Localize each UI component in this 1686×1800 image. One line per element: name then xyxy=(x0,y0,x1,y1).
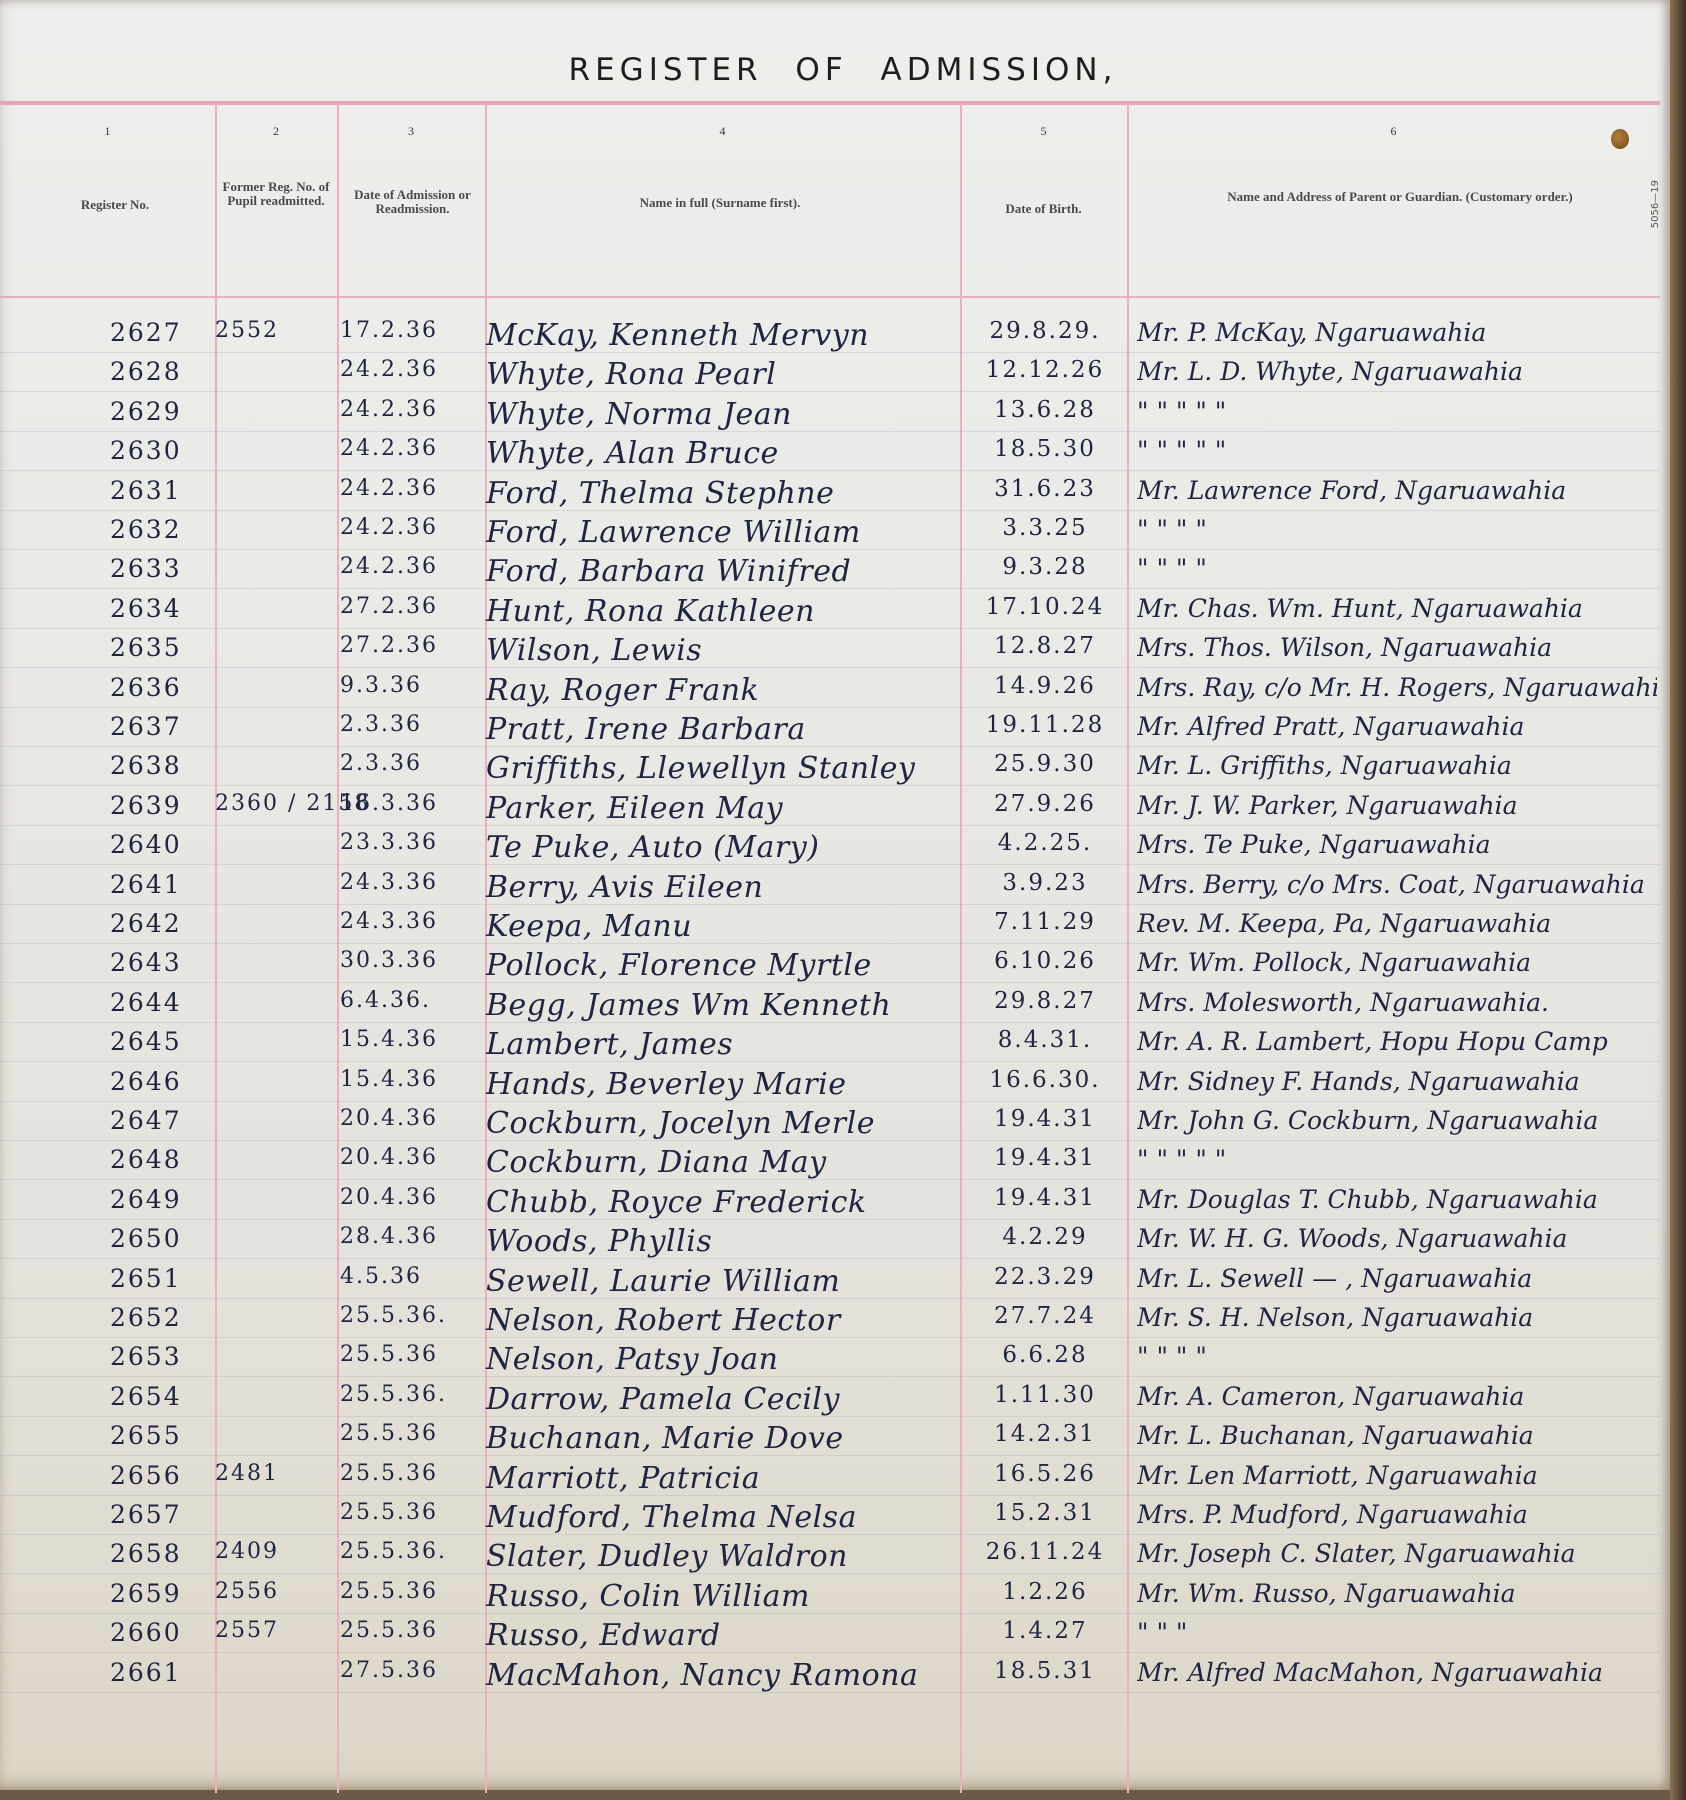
date-of-birth: 8.4.31. xyxy=(965,1027,1125,1053)
date-of-birth: 26.11.24 xyxy=(965,1539,1125,1565)
date-of-birth: 19.4.31 xyxy=(965,1185,1125,1211)
admission-date: 17.2.36 xyxy=(340,318,485,343)
date-of-birth: 13.6.28 xyxy=(965,397,1125,423)
pupil-name: Chubb, Royce Frederick xyxy=(486,1185,962,1220)
table-row: 2658240925.5.36.Slater, Dudley Waldron26… xyxy=(0,1539,1670,1579)
parent-guardian: Mr. L. Buchanan, Ngaruawahia xyxy=(1137,1421,1657,1450)
header-top-rule xyxy=(0,101,1660,105)
pupil-name: MacMahon, Nancy Ramona xyxy=(486,1658,962,1693)
admission-date: 24.2.36 xyxy=(340,397,485,422)
register-number: 2629 xyxy=(110,397,210,426)
admission-date: 24.2.36 xyxy=(340,436,485,461)
parent-guardian: " " " " " xyxy=(1137,436,1657,465)
parent-guardian: Mr. P. McKay, Ngaruawahia xyxy=(1137,318,1657,347)
former-register-number: 2557 xyxy=(215,1618,333,1643)
table-row: 263324.2.36Ford, Barbara Winifred9.3.28"… xyxy=(0,554,1670,594)
admission-date: 2.3.36 xyxy=(340,751,485,776)
pupil-name: Hands, Beverley Marie xyxy=(486,1067,962,1102)
pupil-name: Lambert, James xyxy=(486,1027,962,1062)
table-row: 264023.3.36Te Puke, Auto (Mary)4.2.25.Mr… xyxy=(0,830,1670,870)
pupil-name: Nelson, Robert Hector xyxy=(486,1303,962,1338)
register-number: 2631 xyxy=(110,476,210,505)
column-header-admission-date: Date of Admission or Readmission. xyxy=(350,188,475,216)
register-number: 2640 xyxy=(110,830,210,859)
pupil-name: Te Puke, Auto (Mary) xyxy=(486,830,962,865)
date-of-birth: 19.11.28 xyxy=(965,712,1125,738)
register-number: 2651 xyxy=(110,1264,210,1293)
table-row: 265028.4.36Woods, Phyllis4.2.29Mr. W. H.… xyxy=(0,1224,1670,1264)
table-row: 263024.2.36Whyte, Alan Bruce18.5.30" " "… xyxy=(0,436,1670,476)
column-header-former-reg-no: Former Reg. No. of Pupil readmitted. xyxy=(220,180,332,208)
date-of-birth: 1.11.30 xyxy=(965,1382,1125,1408)
date-of-birth: 18.5.31 xyxy=(965,1658,1125,1684)
parent-guardian: Mrs. Berry, c/o Mrs. Coat, Ngaruawahia xyxy=(1137,870,1657,899)
table-row: 265725.5.36Mudford, Thelma Nelsa15.2.31M… xyxy=(0,1500,1670,1540)
parent-guardian: " " " " " xyxy=(1137,397,1657,426)
pupil-name: Slater, Dudley Waldron xyxy=(486,1539,962,1574)
table-row: 262924.2.36Whyte, Norma Jean13.6.28" " "… xyxy=(0,397,1670,437)
pupil-name: Berry, Avis Eileen xyxy=(486,870,962,905)
admission-date: 25.5.36 xyxy=(340,1461,485,1486)
table-row: 265225.5.36.Nelson, Robert Hector27.7.24… xyxy=(0,1303,1670,1343)
table-row: 264720.4.36Cockburn, Jocelyn Merle19.4.3… xyxy=(0,1106,1670,1146)
register-number: 2654 xyxy=(110,1382,210,1411)
pupil-name: Russo, Edward xyxy=(486,1618,962,1653)
admission-date: 20.4.36 xyxy=(340,1185,485,1210)
print-code: 5056—19 xyxy=(1650,180,1661,228)
parent-guardian: Rev. M. Keepa, Pa, Ngaruawahia xyxy=(1137,909,1657,938)
pupil-name: Begg, James Wm Kenneth xyxy=(486,988,962,1023)
header-bottom-rule xyxy=(0,296,1660,298)
column-header-name: Name in full (Surname first). xyxy=(600,196,840,210)
table-row: 264920.4.36Chubb, Royce Frederick19.4.31… xyxy=(0,1185,1670,1225)
former-register-number: 2552 xyxy=(215,318,333,343)
former-register-number: 2556 xyxy=(215,1579,333,1604)
admission-date: 25.5.36 xyxy=(340,1500,485,1525)
table-row: 26392360 / 215816.3.36Parker, Eileen May… xyxy=(0,791,1670,831)
table-row: 26369.3.36Ray, Roger Frank14.9.26Mrs. Ra… xyxy=(0,673,1670,713)
table-row: 265425.5.36.Darrow, Pamela Cecily1.11.30… xyxy=(0,1382,1670,1422)
date-of-birth: 29.8.27 xyxy=(965,988,1125,1014)
parent-guardian: Mr. J. W. Parker, Ngaruawahia xyxy=(1137,791,1657,820)
date-of-birth: 14.2.31 xyxy=(965,1421,1125,1447)
table-row: 2660255725.5.36Russo, Edward1.4.27" " " xyxy=(0,1618,1670,1658)
date-of-birth: 18.5.30 xyxy=(965,436,1125,462)
parent-guardian: Mr. L. Sewell — , Ngaruawahia xyxy=(1137,1264,1657,1293)
table-row: 2656248125.5.36Marriott, Patricia16.5.26… xyxy=(0,1461,1670,1501)
pupil-name: Wilson, Lewis xyxy=(486,633,962,668)
table-row: 26372.3.36Pratt, Irene Barbara19.11.28Mr… xyxy=(0,712,1670,752)
table-row: 26382.3.36Griffiths, Llewellyn Stanley25… xyxy=(0,751,1670,791)
parent-guardian: " " " " xyxy=(1137,554,1657,583)
register-number: 2630 xyxy=(110,436,210,465)
register-number: 2657 xyxy=(110,1500,210,1529)
parent-guardian: Mr. Lawrence Ford, Ngaruawahia xyxy=(1137,476,1657,505)
date-of-birth: 19.4.31 xyxy=(965,1145,1125,1171)
parent-guardian: Mr. Sidney F. Hands, Ngaruawahia xyxy=(1137,1067,1657,1096)
pupil-name: Cockburn, Diana May xyxy=(486,1145,962,1180)
page-title: REGISTER OF ADMISSION, xyxy=(0,52,1686,88)
admission-date: 24.3.36 xyxy=(340,870,485,895)
register-number: 2627 xyxy=(110,318,210,347)
parent-guardian: Mrs. Thos. Wilson, Ngaruawahia xyxy=(1137,633,1657,662)
table-row: 264615.4.36Hands, Beverley Marie16.6.30.… xyxy=(0,1067,1670,1107)
admission-date: 24.3.36 xyxy=(340,909,485,934)
register-number: 2643 xyxy=(110,948,210,977)
register-number: 2656 xyxy=(110,1461,210,1490)
admission-date: 25.5.36. xyxy=(340,1303,485,1328)
register-number: 2648 xyxy=(110,1145,210,1174)
table-row: 26446.4.36.Begg, James Wm Kenneth29.8.27… xyxy=(0,988,1670,1028)
admission-date: 25.5.36 xyxy=(340,1579,485,1604)
table-row: 2659255625.5.36Russo, Colin William1.2.2… xyxy=(0,1579,1670,1619)
pupil-name: Ford, Lawrence William xyxy=(486,515,962,550)
date-of-birth: 3.3.25 xyxy=(965,515,1125,541)
pupil-name: Pratt, Irene Barbara xyxy=(486,712,962,747)
admission-date: 25.5.36. xyxy=(340,1539,485,1564)
table-row: 265525.5.36Buchanan, Marie Dove14.2.31Mr… xyxy=(0,1421,1670,1461)
table-row: 263224.2.36Ford, Lawrence William3.3.25"… xyxy=(0,515,1670,555)
date-of-birth: 16.6.30. xyxy=(965,1067,1125,1093)
date-of-birth: 7.11.29 xyxy=(965,909,1125,935)
table-row: 264515.4.36Lambert, James8.4.31.Mr. A. R… xyxy=(0,1027,1670,1067)
register-number: 2638 xyxy=(110,751,210,780)
admission-date: 16.3.36 xyxy=(340,791,485,816)
date-of-birth: 6.6.28 xyxy=(965,1342,1125,1368)
admission-date: 27.2.36 xyxy=(340,633,485,658)
register-number: 2637 xyxy=(110,712,210,741)
table-row: 263427.2.36Hunt, Rona Kathleen17.10.24Mr… xyxy=(0,594,1670,634)
date-of-birth: 9.3.28 xyxy=(965,554,1125,580)
admission-date: 24.2.36 xyxy=(340,554,485,579)
register-number: 2633 xyxy=(110,554,210,583)
date-of-birth: 4.2.25. xyxy=(965,830,1125,856)
pupil-name: Russo, Colin William xyxy=(486,1579,962,1614)
admission-date: 28.4.36 xyxy=(340,1224,485,1249)
admission-date: 30.3.36 xyxy=(340,948,485,973)
table-row: 266127.5.36MacMahon, Nancy Ramona18.5.31… xyxy=(0,1658,1670,1698)
pupil-name: Buchanan, Marie Dove xyxy=(486,1421,962,1456)
date-of-birth: 29.8.29. xyxy=(965,318,1125,344)
admission-date: 23.3.36 xyxy=(340,830,485,855)
pupil-name: Ford, Barbara Winifred xyxy=(486,554,962,589)
pupil-name: Ray, Roger Frank xyxy=(486,673,962,708)
table-row: 264820.4.36Cockburn, Diana May19.4.31" "… xyxy=(0,1145,1670,1185)
register-number: 2632 xyxy=(110,515,210,544)
date-of-birth: 31.6.23 xyxy=(965,476,1125,502)
admission-date: 24.2.36 xyxy=(340,515,485,540)
parent-guardian: Mr. Douglas T. Chubb, Ngaruawahia xyxy=(1137,1185,1657,1214)
pupil-name: Parker, Eileen May xyxy=(486,791,962,826)
table-row: 264330.3.36Pollock, Florence Myrtle6.10.… xyxy=(0,948,1670,988)
book-binding-edge xyxy=(1670,0,1686,1800)
date-of-birth: 16.5.26 xyxy=(965,1461,1125,1487)
table-row: 263124.2.36Ford, Thelma Stephne31.6.23Mr… xyxy=(0,476,1670,516)
date-of-birth: 27.9.26 xyxy=(965,791,1125,817)
register-number: 2660 xyxy=(110,1618,210,1647)
register-number: 2659 xyxy=(110,1579,210,1608)
register-number: 2634 xyxy=(110,594,210,623)
date-of-birth: 4.2.29 xyxy=(965,1224,1125,1250)
parent-guardian: Mr. Chas. Wm. Hunt, Ngaruawahia xyxy=(1137,594,1657,623)
binder-hole xyxy=(1611,129,1629,149)
pupil-name: Pollock, Florence Myrtle xyxy=(486,948,962,983)
table-row: 263527.2.36Wilson, Lewis12.8.27Mrs. Thos… xyxy=(0,633,1670,673)
column-number: 4 xyxy=(485,124,960,139)
parent-guardian: Mr. Alfred MacMahon, Ngaruawahia xyxy=(1137,1658,1657,1687)
table-row: 264224.3.36Keepa, Manu7.11.29Rev. M. Kee… xyxy=(0,909,1670,949)
date-of-birth: 14.9.26 xyxy=(965,673,1125,699)
register-number: 2636 xyxy=(110,673,210,702)
parent-guardian: Mr. A. Cameron, Ngaruawahia xyxy=(1137,1382,1657,1411)
table-row: 2627255217.2.36McKay, Kenneth Mervyn29.8… xyxy=(0,318,1670,358)
date-of-birth: 15.2.31 xyxy=(965,1500,1125,1526)
column-header-dob: Date of Birth. xyxy=(960,202,1127,216)
register-number: 2653 xyxy=(110,1342,210,1371)
pupil-name: Woods, Phyllis xyxy=(486,1224,962,1259)
parent-guardian: Mr. Wm. Russo, Ngaruawahia xyxy=(1137,1579,1657,1608)
register-number: 2650 xyxy=(110,1224,210,1253)
date-of-birth: 1.4.27 xyxy=(965,1618,1125,1644)
admission-date: 20.4.36 xyxy=(340,1106,485,1131)
column-number: 1 xyxy=(0,124,215,139)
table-row: 265325.5.36Nelson, Patsy Joan6.6.28" " "… xyxy=(0,1342,1670,1382)
pupil-name: Marriott, Patricia xyxy=(486,1461,962,1496)
pupil-name: McKay, Kenneth Mervyn xyxy=(486,318,962,353)
register-page: REGISTER OF ADMISSION, 1 2 3 4 5 6 Regis… xyxy=(0,0,1672,1790)
date-of-birth: 6.10.26 xyxy=(965,948,1125,974)
admission-date: 25.5.36 xyxy=(340,1618,485,1643)
parent-guardian: Mrs. Ray, c/o Mr. H. Rogers, Ngaruawahia xyxy=(1137,673,1657,702)
parent-guardian: Mr. A. R. Lambert, Hopu Hopu Camp xyxy=(1137,1027,1657,1056)
admission-date: 24.2.36 xyxy=(340,476,485,501)
former-register-number: 2481 xyxy=(215,1461,333,1486)
former-register-number: 2360 / 2158 xyxy=(215,791,333,816)
pupil-name: Whyte, Norma Jean xyxy=(486,397,962,432)
register-number: 2639 xyxy=(110,791,210,820)
admission-date: 6.4.36. xyxy=(340,988,485,1013)
admission-date: 4.5.36 xyxy=(340,1264,485,1289)
parent-guardian: Mr. S. H. Nelson, Ngaruawahia xyxy=(1137,1303,1657,1332)
table-row: 262824.2.36Whyte, Rona Pearl12.12.26Mr. … xyxy=(0,357,1670,397)
register-number: 2649 xyxy=(110,1185,210,1214)
pupil-name: Darrow, Pamela Cecily xyxy=(486,1382,962,1417)
pupil-name: Hunt, Rona Kathleen xyxy=(486,594,962,629)
date-of-birth: 27.7.24 xyxy=(965,1303,1125,1329)
pupil-name: Nelson, Patsy Joan xyxy=(486,1342,962,1377)
parent-guardian: Mr. Alfred Pratt, Ngaruawahia xyxy=(1137,712,1657,741)
parent-guardian: Mrs. Te Puke, Ngaruawahia xyxy=(1137,830,1657,859)
register-number: 2647 xyxy=(110,1106,210,1135)
date-of-birth: 12.12.26 xyxy=(965,357,1125,383)
admission-date: 27.2.36 xyxy=(340,594,485,619)
register-number: 2644 xyxy=(110,988,210,1017)
date-of-birth: 25.9.30 xyxy=(965,751,1125,777)
register-number: 2635 xyxy=(110,633,210,662)
parent-guardian: " " " " " xyxy=(1137,1145,1657,1174)
parent-guardian: Mrs. Molesworth, Ngaruawahia. xyxy=(1137,988,1657,1017)
register-number: 2661 xyxy=(110,1658,210,1687)
date-of-birth: 12.8.27 xyxy=(965,633,1125,659)
admission-date: 25.5.36. xyxy=(340,1382,485,1407)
parent-guardian: Mr. John G. Cockburn, Ngaruawahia xyxy=(1137,1106,1657,1135)
parent-guardian: " " " " xyxy=(1137,515,1657,544)
parent-guardian: Mrs. P. Mudford, Ngaruawahia xyxy=(1137,1500,1657,1529)
parent-guardian: " " " xyxy=(1137,1618,1657,1647)
date-of-birth: 3.9.23 xyxy=(965,870,1125,896)
register-number: 2646 xyxy=(110,1067,210,1096)
column-number: 6 xyxy=(1127,124,1660,139)
admission-date: 15.4.36 xyxy=(340,1067,485,1092)
admission-date: 15.4.36 xyxy=(340,1027,485,1052)
register-number: 2641 xyxy=(110,870,210,899)
pupil-name: Keepa, Manu xyxy=(486,909,962,944)
parent-guardian: Mr. Len Marriott, Ngaruawahia xyxy=(1137,1461,1657,1490)
admission-date: 2.3.36 xyxy=(340,712,485,737)
register-number: 2642 xyxy=(110,909,210,938)
register-number: 2645 xyxy=(110,1027,210,1056)
parent-guardian: Mr. W. H. G. Woods, Ngaruawahia xyxy=(1137,1224,1657,1253)
column-number: 5 xyxy=(960,124,1127,139)
admission-date: 25.5.36 xyxy=(340,1421,485,1446)
date-of-birth: 1.2.26 xyxy=(965,1579,1125,1605)
admission-date: 25.5.36 xyxy=(340,1342,485,1367)
parent-guardian: Mr. Joseph C. Slater, Ngaruawahia xyxy=(1137,1539,1657,1568)
admission-date: 9.3.36 xyxy=(340,673,485,698)
column-header-register-no: Register No. xyxy=(60,198,170,212)
former-register-number: 2409 xyxy=(215,1539,333,1564)
date-of-birth: 19.4.31 xyxy=(965,1106,1125,1132)
pupil-name: Griffiths, Llewellyn Stanley xyxy=(486,751,962,786)
date-of-birth: 22.3.29 xyxy=(965,1264,1125,1290)
parent-guardian: Mr. L. D. Whyte, Ngaruawahia xyxy=(1137,357,1657,386)
column-number: 2 xyxy=(215,124,337,139)
parent-guardian: " " " " xyxy=(1137,1342,1657,1371)
pupil-name: Mudford, Thelma Nelsa xyxy=(486,1500,962,1535)
pupil-name: Whyte, Rona Pearl xyxy=(486,357,962,392)
table-row: 264124.3.36Berry, Avis Eileen3.9.23Mrs. … xyxy=(0,870,1670,910)
admission-date: 24.2.36 xyxy=(340,357,485,382)
pupil-name: Sewell, Laurie William xyxy=(486,1264,962,1299)
register-number: 2652 xyxy=(110,1303,210,1332)
date-of-birth: 17.10.24 xyxy=(965,594,1125,620)
parent-guardian: Mr. L. Griffiths, Ngaruawahia xyxy=(1137,751,1657,780)
column-number: 3 xyxy=(337,124,485,139)
pupil-name: Whyte, Alan Bruce xyxy=(486,436,962,471)
register-number: 2658 xyxy=(110,1539,210,1568)
parent-guardian: Mr. Wm. Pollock, Ngaruawahia xyxy=(1137,948,1657,977)
pupil-name: Cockburn, Jocelyn Merle xyxy=(486,1106,962,1141)
pupil-name: Ford, Thelma Stephne xyxy=(486,476,962,511)
admission-date: 20.4.36 xyxy=(340,1145,485,1170)
admission-date: 27.5.36 xyxy=(340,1658,485,1683)
register-number: 2655 xyxy=(110,1421,210,1450)
table-row: 26514.5.36Sewell, Laurie William22.3.29M… xyxy=(0,1264,1670,1304)
register-number: 2628 xyxy=(110,357,210,386)
column-header-parent: Name and Address of Parent or Guardian. … xyxy=(1200,190,1600,204)
